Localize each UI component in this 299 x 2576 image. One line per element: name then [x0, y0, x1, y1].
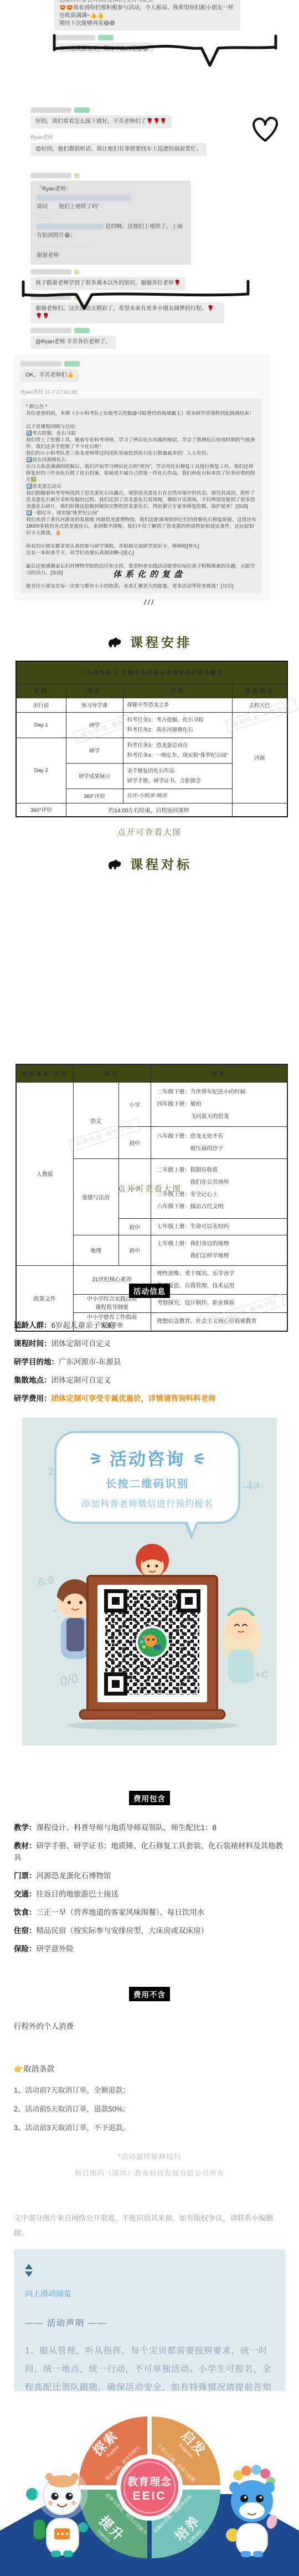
schedule-table-title: 小小科考队 ┃ 实地考古挖掘@寻踪曾经的地球霸主 [16, 661, 287, 683]
info-row: 集散地点：团体定制可自定义 [14, 1375, 288, 1385]
fee-row: 教学：课程设计、科普导师与地质导师双领队，师生配比1：8 [14, 1822, 286, 1833]
dino-icon [107, 635, 122, 648]
redacted-name [30, 328, 71, 333]
chat-message: 感谢各位家长对我们活动的支持与配合 🤩🤩我看到你们那积极参与活动，令人振奋。我希… [54, 0, 240, 30]
schedule-table: 小小科考队 ┃ 实地考古挖掘@寻踪曾经的地球霸主 时间 类型 内容 活动地点 出… [16, 661, 288, 817]
chat-message: 😊好的。他们都很听话，我让他们有事情要找车上巡逻的叔叔帮忙。 [30, 143, 207, 156]
chat-line: 期待下次能够再见😄😄 [59, 20, 235, 28]
consult-line1: 长按二维码识别 [56, 1475, 238, 1491]
section-header-schedule: 课程安排 [0, 632, 299, 651]
announcement-line [26, 556, 256, 563]
svg-text:-: - [53, 1601, 58, 1618]
member-tag [74, 270, 79, 275]
redacted-name [30, 173, 71, 178]
redacted-name [30, 269, 71, 275]
announcement-line: 我们的小小科考队是三角龙老师带过的团队里面挖到角石化石数量最多的！人人有份。 [26, 450, 256, 456]
svg-text:0/0: 0/0 [59, 1671, 80, 1689]
qr-frame [66, 1576, 238, 1730]
table-row: 出行前 预习导学课 探秘中华恐龙之乡 去程大巴 [16, 698, 287, 712]
info-row: 课程时间：团体定制可自定义 [14, 1338, 288, 1349]
table-row: 360°评价 约14:00左右结束，启程返回深圳 [16, 803, 287, 817]
announcement-line: 在白天收获满满的挖掘后，我们开始学习辨识化石的“真伪”，学会用化石修复工具进行修… [26, 463, 256, 483]
group-announcement: * 群公告 *各位爸爸妈妈，本期《小小科考队 | 实地考古挖掘@寻踪曾经的地球霸… [20, 399, 262, 594]
view-large-image-link[interactable]: 点开可查看大图 [0, 1183, 299, 1194]
announcement-line: 我们带上了挖掘工具，随着专业科考导师，学习了辨识化石出露的地层，学会了推测化石形… [26, 436, 256, 450]
statement-body: 1、服从管理，听从指挥，每个宝贝都需要按照要求，统一时间，统一地点，统一行动，不… [25, 2342, 274, 2391]
fee-include-badge: 费用包含 [129, 1791, 170, 1805]
cancel-term-item: 3、活动前3天取消订单，不予退款。 [14, 2122, 286, 2132]
activity-info-badge: 活动信息 [129, 1284, 170, 1298]
eeic-center-en: EEIC [132, 2490, 166, 2502]
article-page: 感谢各位家长对我们活动的支持与配合 🤩🤩我看到你们那积极参与活动，令人振奋。我希… [0, 0, 299, 2576]
chat-screenshot-3: OK，辛苦老师们👍 Ryan老师 11-7 17:41:39 * 群公告 *各位… [14, 354, 271, 600]
qr-finder-top-left [104, 1589, 127, 1612]
col-header-subject: 科目 [73, 1064, 151, 1082]
announcement-line [26, 536, 256, 543]
emphasis-marks-icon [90, 1450, 103, 1466]
quote-line: 请问 他们上地铁了吗” [37, 203, 185, 212]
svg-text:-4a: -4a [241, 1477, 260, 1493]
fee-row: 饮食：三正一早（营养地道的客家风味围餐）、每日饮用水 [14, 1907, 286, 1918]
badge-wrap: 活动信息 [0, 1284, 299, 1298]
quote-line: 谢谢老师 [37, 251, 185, 260]
eeic-footer: 探索 Explore 场景实践，跨学科探究 启发 Enlighten 个性与天赋… [0, 2410, 299, 2576]
info-row: 研学目的地：广东河源市-东源县 [14, 1357, 288, 1367]
redacted-text [37, 224, 103, 229]
chat-clipped-line: 感谢各位家长对我们活动的支持与配合 [59, 0, 235, 4]
sketch-speech-bubble-border [17, 279, 256, 313]
table-row: 人教版 语文 小学 二年级下册：当世界年纪还小的时候四年级下册：琥珀 飞向蓝天的… [16, 1082, 287, 1126]
caption-systematic-review: 体系化的复盘 [0, 568, 299, 580]
fee-include-list: 教学：课程设计、科普导师与地质导师双领队，师生配比1：8 教材：研学手册、研学证… [14, 1822, 286, 1961]
info-row: 适龄人群：6岁起儿童亲子家庭 [14, 1320, 288, 1331]
announcement-line: 3️⃣恐龙蛋总动员 [26, 483, 256, 490]
eeic-center-zh: 教育理念 [127, 2475, 172, 2488]
emphasis-marks-icon [192, 1450, 205, 1466]
announcement-line: 4️⃣一眼亿年，现实版“侏罗纪公园” [26, 509, 256, 516]
redacted-name [30, 107, 71, 113]
point-right-icon: 👉 [14, 2064, 23, 2073]
cancel-term-item: 2、活动前5天取消订单，退款50%； [14, 2103, 286, 2114]
fee-row: 门票：河源恐龙蛋化石博物馆 [14, 1870, 286, 1882]
view-large-image-link[interactable]: 点开可查看大图 [0, 826, 299, 838]
dino-icon [107, 857, 122, 870]
chat-line: 🤩🤩我看到你们那积极参与活动，令人振奋。我希望你们跟小朋友一样也收获满满~👍👍 [59, 4, 235, 20]
qr-finder-bottom-left [104, 1672, 127, 1696]
info-row: 研学费用：团体定制可享受专属优惠价，详情请咨询科科老师 [14, 1393, 288, 1404]
col-header-requirement: 要求 [151, 1064, 287, 1082]
col-header-source: 对标课本/文件 [16, 1064, 73, 1082]
redacted-text [37, 195, 131, 200]
announcement-line: 各位爸爸妈妈，本期《小小科考队 | 实地考古挖掘@寻踪曾经的地球霸主》周末研学营… [26, 410, 256, 416]
member-tag [74, 173, 79, 178]
section-title: 课程安排 [130, 632, 192, 651]
schedule-table-wrap: 小小科考队 ┃ 实地考古挖掘@寻踪曾经的地球霸主 时间 类型 内容 活动地点 出… [16, 661, 299, 817]
announcement-line: 以下是课程回顾与总结： [26, 423, 256, 430]
consult-line2: 添加科普老师微信进行预约报名 [56, 1497, 238, 1509]
col-header-place: 活动地点 [232, 683, 287, 698]
slide-up-link[interactable]: 向上滑动阅览 [25, 2288, 274, 2299]
fee-row: 教材：研学手册、研学证书；地质锤、化石修复工具套装、化石装裱材料及其他教具 [14, 1840, 286, 1863]
qr-finder-top-right [177, 1589, 200, 1612]
announcement-line: 我们来到了黄氏河源龙的发现地 河源恐龙蛋博物馆，我们近距离观察到它们的骨骼化石修… [26, 516, 256, 536]
cancel-term-item: 1、活动前7天取消订单，全额退款； [14, 2084, 286, 2095]
copyright-note: 文中部分图片来自网络公开渠道，不能识别其来源，如有版权争议，请联系小编删除。 [14, 2211, 286, 2240]
announcement-line: 1️⃣考古挖掘，化石寻踪 [26, 430, 256, 436]
fee-row: 交通：往返目的地旅游巴士接送 [14, 1888, 286, 1900]
activity-info-list: 适龄人群：6岁起儿童亲子家庭 课程时间：团体定制可自定义 研学目的地：广东河源市… [14, 1320, 288, 1411]
cancel-terms-list: 1、活动前7天取消订单，全额退款；2、活动前5天取消订单，退款50%；3、活动前… [14, 2084, 286, 2141]
fee-row: 住宿：精品民宿（按实际参与安排房型，大床房或双床房） [14, 1925, 286, 1936]
price-note: 团体定制可享受专属优惠价，详情请咨询科科老师 [51, 1394, 216, 1403]
announcement-line: 愿各位小朋友在每一次参与都有小小的收获，未来汇聚更大的能量。更多活动等你来挑战！… [26, 583, 256, 589]
member-tag [74, 107, 90, 113]
member-tag [64, 361, 80, 367]
consult-qr-banner: 2-3 # + -4a 6:9 - 0/0 a+c [22, 1418, 277, 1745]
fee-row: 保险：研学意外险 [14, 1943, 286, 1955]
sender-name: Ryan老师 [30, 133, 53, 141]
qr-code[interactable] [104, 1589, 200, 1696]
quoted-chat-message: 「Ryan老师： 请问 他们上地铁了吗” ------- 是的啊。这他们上地铁了… [30, 181, 191, 265]
chat-message: OK，辛苦老师们👍 [20, 369, 79, 382]
statement-box[interactable]: 向上滑动阅览 —— 活动声明 —— 1、服从管理，听从指挥，每个宝贝都需要按照要… [14, 2249, 285, 2391]
disclaimer: *活动最终解释权归 科目朗玛（深圳）教育科技发展有限公司所有 [0, 2149, 299, 2182]
consult-title: 活动咨询 [110, 1445, 185, 1470]
redacted-name [20, 361, 61, 367]
announcement-line: 2️⃣我在河源修化石 [26, 456, 256, 463]
section-title: 课程对标 [130, 854, 192, 873]
announcement-line: * 群公告 * [26, 403, 256, 410]
scroll-arrows-icon [25, 2264, 274, 2277]
svg-text:6:9: 6:9 [37, 1574, 55, 1589]
section-header-benchmark: 课程对标 [0, 854, 299, 873]
announcement-line [26, 416, 256, 423]
qr-center-logo [136, 1626, 169, 1659]
cancel-terms-title: 👉取消条款 [14, 2063, 54, 2074]
announcement-line: 所有的小朋友都非常认真的参与研学课程，并积极完成研学知识卡，棒棒哒[拳头] [26, 543, 256, 549]
fee-exclude-text: 行程外的个人消费 [14, 2020, 74, 2031]
fee-exclude-badge: 费用不含 [129, 1987, 170, 2001]
announcement-line: 我们跟随着科考导师找到了恐龙蛋化石出露点，观察恐龙蛋化石在自然环境中的状态，探究… [26, 490, 256, 509]
sketch-heart-icon [248, 115, 282, 145]
chat-message: 好的，我们看看怎么接下就好，辛苦老师们了🌹🌹🌹 [30, 115, 172, 128]
statement-title: —— 活动声明 —— [25, 2317, 274, 2328]
quote-line: 「Ryan老师： [37, 185, 185, 194]
chat-message: @Ryan老师 辛苦各位老师了。 [30, 336, 116, 349]
announcement-line: 还有一本科普手卡，同学们也要认真阅读啊~[爱心] [26, 549, 256, 556]
col-header-time: 时间 [16, 683, 66, 698]
sketch-speech-bubble-border [49, 31, 283, 72]
badge-wrap: 费用包含 [0, 1791, 299, 1805]
sender-name-timestamp: Ryan老师 11-7 17:41:39 [20, 388, 271, 395]
col-header-content: 内容 [123, 683, 232, 698]
consult-speech-bubble: 活动咨询 长按二维码识别 添加科普老师微信进行预约报名 [54, 1431, 240, 1524]
col-header-type: 类型 [66, 683, 123, 698]
member-tag [74, 328, 90, 333]
badge-wrap: 费用不含 [0, 1987, 299, 2001]
divider-slashes: /// [0, 598, 299, 606]
